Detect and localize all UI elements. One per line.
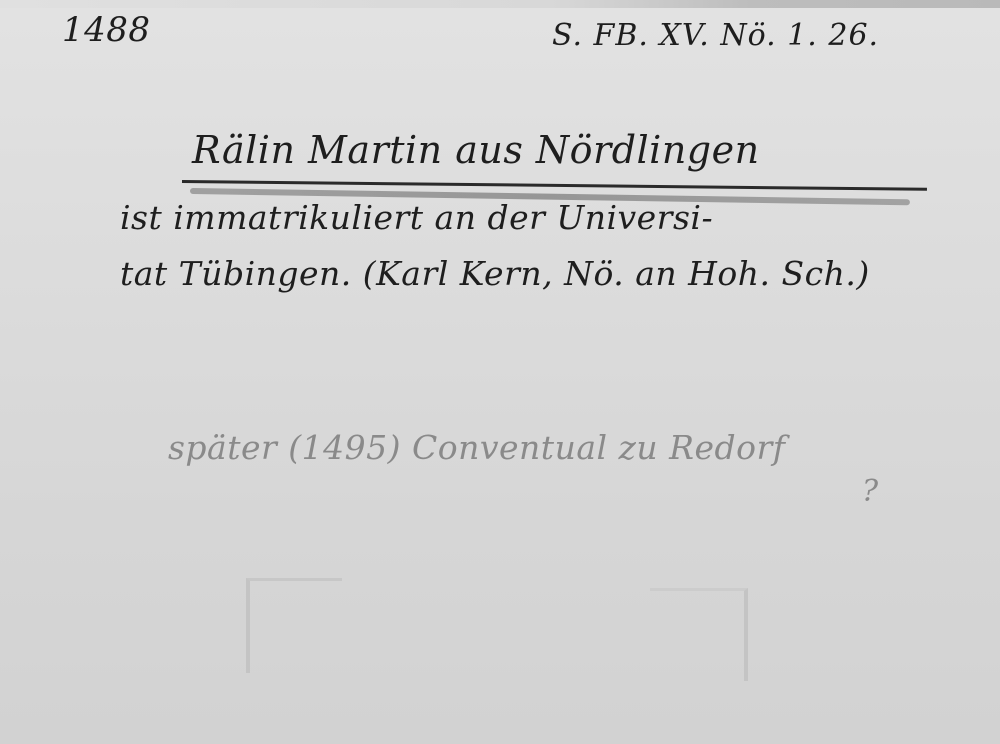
reference-number: S. FB. XV. Nö. 1. 26.: [552, 18, 879, 53]
catalog-year: 1488: [62, 10, 151, 50]
faint-bracket-right: [650, 588, 748, 681]
pencil-note: später (1495) Conventual zu Redorf: [168, 428, 786, 467]
faint-bracket-left: [246, 578, 342, 673]
pencil-question-mark: ?: [862, 474, 879, 509]
scan-edge: [0, 0, 1000, 8]
body-line-1: ist immatrikuliert an der Universi-: [120, 198, 713, 237]
index-card: [0, 8, 1000, 744]
entry-heading: Rälin Martin aus Nördlingen: [192, 128, 760, 172]
body-line-2: tat Tübingen. (Karl Kern, Nö. an Hoh. Sc…: [120, 254, 870, 293]
